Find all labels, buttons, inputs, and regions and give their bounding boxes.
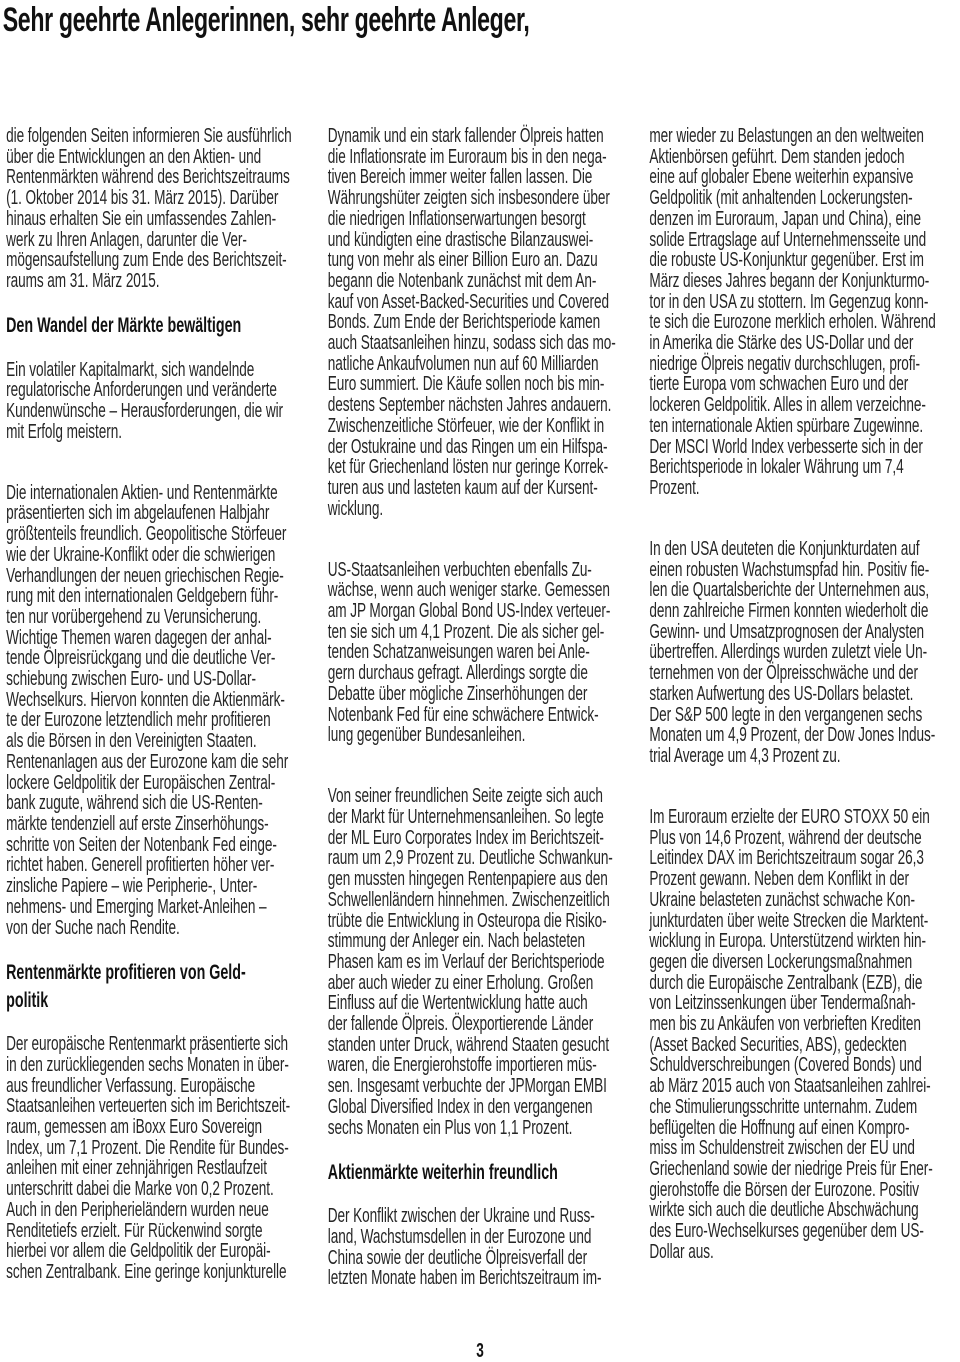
section-heading: Rentenmärkte profitieren von Geld- polit…	[6, 959, 298, 1015]
paragraph: Die internationalen Aktien- und Rentenmä…	[6, 483, 298, 938]
paragraph: Im Euroraum erzielte der EURO STOXX 50 e…	[649, 807, 941, 1262]
column-middle: Dynamik und ein stark fallender Ölpreis …	[328, 126, 620, 1329]
paragraph: Von seiner freundlichen Seite zeigte sic…	[328, 786, 620, 1138]
paragraph: Ein volatiler Kapitalmarkt, sich wandeln…	[6, 360, 298, 443]
page-footer: 3	[0, 1340, 960, 1362]
page-content: Sehr geehrte Anlegerinnen, sehr geehrte …	[0, 2, 960, 1362]
column-right: mer wieder zu Belastungen an den weltwei…	[649, 126, 941, 1329]
report-page: Sehr geehrte Anlegerinnen, sehr geehrte …	[0, 2, 960, 1362]
page-title: Sehr geehrte Anlegerinnen, sehr geehrte …	[3, 2, 960, 39]
paragraph: US-Staatsanleihen verbuchten ebenfalls Z…	[328, 560, 620, 746]
paragraph: Dynamik und ein stark fallender Ölpreis …	[328, 126, 620, 519]
paragraph: mer wieder zu Belastungen an den weltwei…	[649, 126, 941, 499]
paragraph: In den USA deuteten die Konjunkturdaten …	[649, 539, 941, 767]
column-left: die folgenden Seiten informieren Sie aus…	[6, 126, 298, 1329]
paragraph: die folgenden Seiten informieren Sie aus…	[6, 126, 298, 292]
three-column-text: die folgenden Seiten informieren Sie aus…	[6, 126, 960, 1329]
section-heading: Den Wandel der Märkte bewältigen	[6, 312, 298, 340]
paragraph: Der europäische Rentenmarkt präsentierte…	[6, 1034, 298, 1282]
section-heading: Aktienmärkte weiterhin freundlich	[328, 1159, 620, 1187]
paragraph: Der Konflikt zwischen der Ukraine und Ru…	[328, 1206, 620, 1289]
page-number: 3	[476, 1340, 484, 1362]
